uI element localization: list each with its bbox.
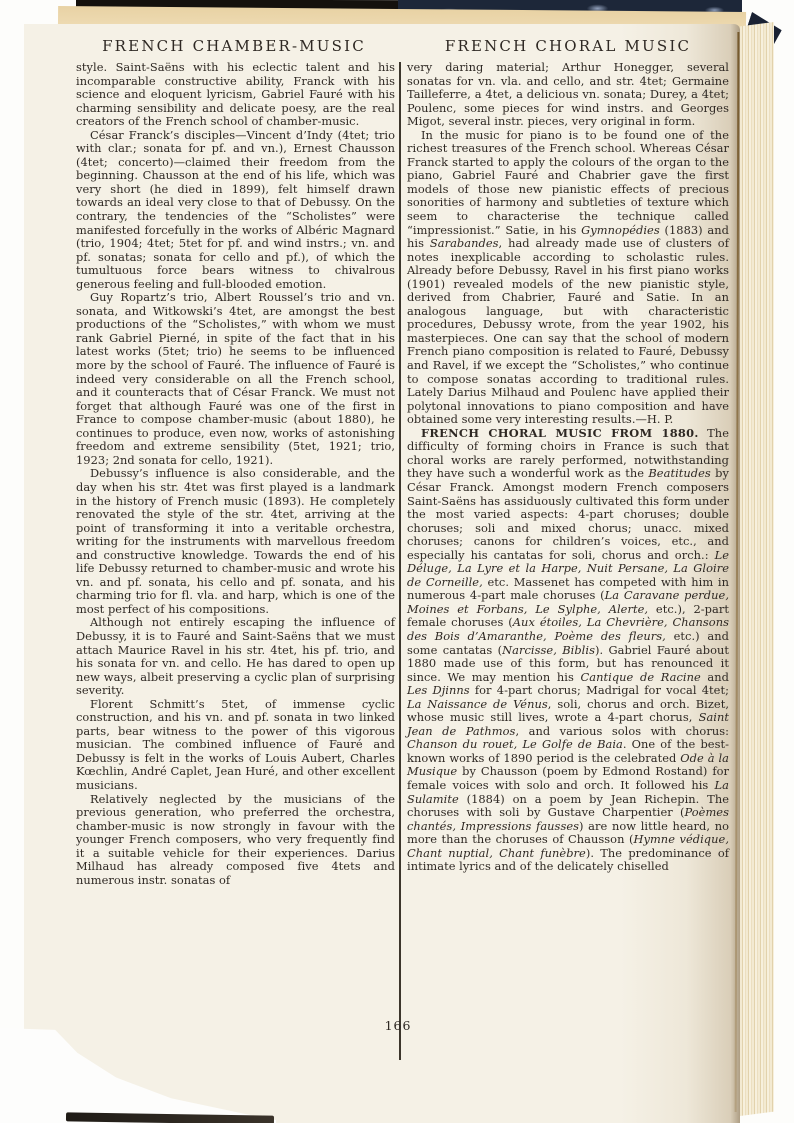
paragraph: Although not entirely escaping the influ… <box>76 616 395 697</box>
paragraph: FRENCH CHORAL MUSIC FROM 1880. The diffi… <box>407 427 729 874</box>
text-column-right: very daring material; Arthur Honegger, s… <box>407 61 729 874</box>
column-divider-rule <box>399 62 401 1060</box>
running-head-right: FRENCH CHORAL MUSIC <box>408 37 728 55</box>
page-edge-stack <box>740 22 774 1116</box>
paragraph: César Franck’s disciples—Vincent d’Indy … <box>76 129 395 292</box>
paragraph: In the music for piano is to be found on… <box>407 129 729 427</box>
paragraph: style. Saint-Saëns with his eclectic tal… <box>76 61 395 129</box>
paragraph: Guy Ropartz’s trio, Albert Roussel’s tri… <box>76 291 395 467</box>
running-head-left: FRENCH CHAMBER-MUSIC <box>74 37 394 55</box>
text-column-left: style. Saint-Saëns with his eclectic tal… <box>76 61 395 887</box>
paragraph: Florent Schmitt’s 5tet, of immense cycli… <box>76 698 395 793</box>
paragraph: Debussy’s influence is also considerable… <box>76 467 395 616</box>
paragraph: very daring material; Arthur Honegger, s… <box>407 61 729 129</box>
page-number: 166 <box>358 1018 438 1033</box>
paragraph: Relatively neglected by the musicians of… <box>76 793 395 888</box>
scanned-book-photo: { "headers": { "left": "FRENCH CHAMBER-M… <box>0 0 794 1123</box>
